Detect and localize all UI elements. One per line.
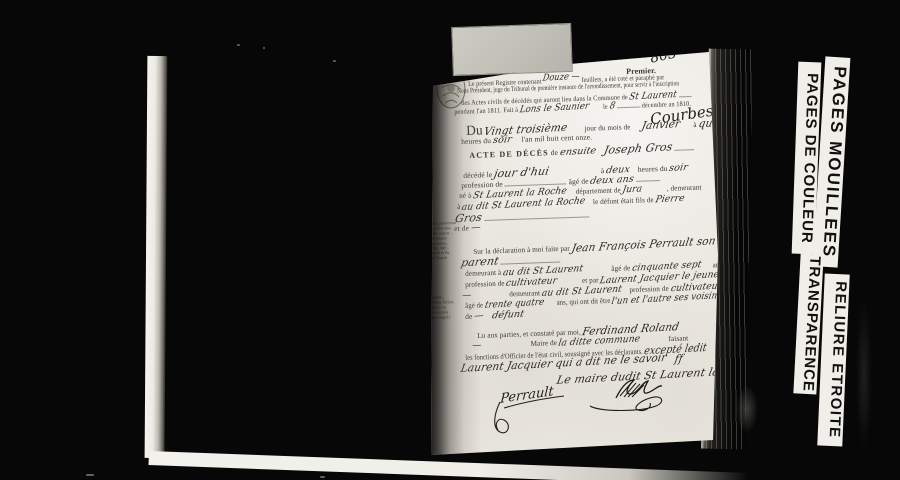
margin-note-line: de l'autre: [431, 256, 464, 262]
blank-line: [636, 172, 660, 182]
form-gap: [559, 283, 580, 284]
blank-line: [500, 254, 560, 265]
handwritten-entry: soir: [492, 134, 513, 146]
microfilm-frame: Premier. 803 Le présent Registre contena…: [0, 0, 900, 480]
deceased-name-handwritten: Joseph Gros: [603, 140, 674, 157]
declarant-name-handwritten: Jean François Perrault son: [570, 234, 716, 255]
print-text: pendant l'an 1811. Fait à: [454, 106, 518, 116]
print-text: département de: [576, 185, 621, 196]
folio-number-handwritten: 803: [649, 45, 678, 66]
print-text: né à: [459, 191, 471, 200]
print-text: demeurant à: [465, 268, 501, 278]
form-gap: [642, 341, 667, 342]
blank-line: [674, 141, 694, 151]
handwritten-dash: —: [470, 222, 482, 234]
handwritten-entry: Pierre: [654, 193, 685, 206]
print-text: à: [457, 202, 461, 211]
act-title: ACTE DE DÉCÈS: [469, 148, 549, 160]
print-text: heures du: [461, 136, 491, 146]
print-text: âgé de: [611, 263, 630, 273]
bottom-page-edge: [148, 451, 748, 480]
print-text: l'an mil huit cent onze.: [521, 132, 592, 143]
print-text: à: [693, 120, 697, 129]
death-register-page: Premier. 803 Le présent Registre contena…: [428, 48, 724, 460]
form-gap: [585, 271, 610, 272]
signature-left-flourish: [490, 394, 570, 438]
print-text: le: [603, 103, 608, 111]
margin-note-2: Voisins , voisins Julien, blancs ou ses …: [429, 295, 463, 321]
form-gap: [644, 191, 665, 192]
print-text: ans, qui ont dit être: [556, 296, 610, 307]
tape-scrap: [451, 23, 573, 76]
handwritten-entry: 8: [608, 100, 615, 111]
archival-strip-transparence: TRANSPARENCE: [793, 253, 823, 394]
blank-line: [484, 208, 589, 221]
signature-right-scribble: [586, 376, 678, 416]
print-text: , demeurant: [667, 183, 702, 193]
handwritten-entry: ensuite: [559, 145, 597, 158]
archival-strip-reliure-etroite: RELIURE ETROITE: [817, 274, 849, 447]
handwritten-entry: Janvier: [640, 117, 681, 132]
print-text: de: [465, 312, 473, 321]
print-text: et par: [582, 275, 599, 285]
dust-speck: [237, 44, 240, 46]
dust-speck: [263, 47, 265, 49]
handwritten-dash: —: [473, 310, 485, 322]
margin-note-1: e les personnes qui font ma- riée, veuve…: [430, 221, 464, 262]
print-text: profession de: [465, 279, 505, 289]
blank-line: [504, 175, 566, 186]
declaration-line-7: de — défunt: [465, 309, 524, 322]
margin-note-line: quel degré.]: [430, 315, 463, 321]
print-text: de: [551, 148, 559, 157]
dust-speck: [320, 476, 325, 478]
print-text: âgé de: [465, 300, 483, 310]
dust-speck: [333, 60, 336, 62]
handwritten-entry: défunt: [491, 309, 525, 322]
print-text: le défunt était fils de: [593, 195, 654, 206]
dust-speck: [86, 474, 94, 476]
handwritten-entry: soir: [668, 162, 689, 174]
handwritten-flourish: ff: [674, 352, 684, 366]
left-page-edge: [145, 56, 168, 458]
paper-smudge: [856, 300, 872, 450]
blank-line: [616, 99, 640, 109]
form-gap: [473, 296, 507, 297]
handwritten-entry: Lons le Saunier: [519, 101, 590, 116]
